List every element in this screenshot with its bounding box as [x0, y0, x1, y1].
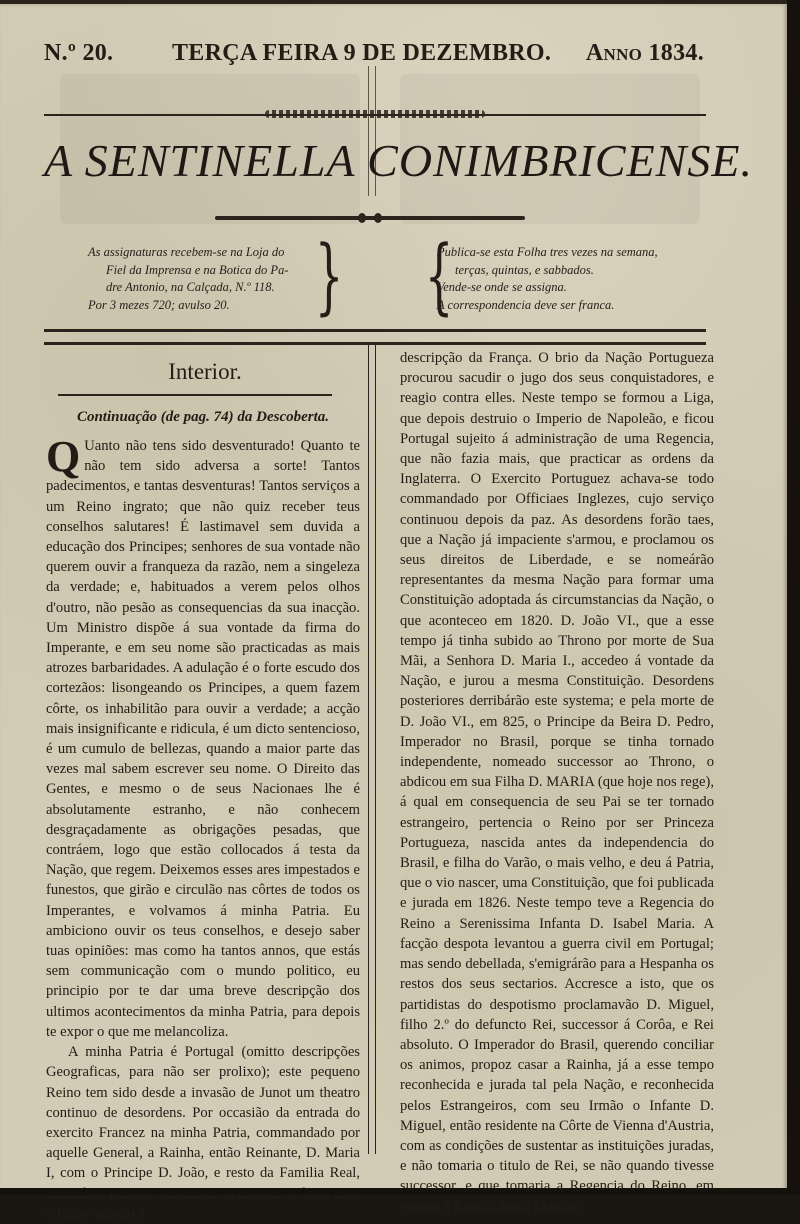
article-paragraph: A minha Patria é Portugal (omitto descri… [46, 1042, 360, 1195]
publication-box: Publica-se esta Folha tres vezes na sema… [437, 244, 687, 314]
ornament-icon [265, 110, 485, 118]
scan-border-right [787, 0, 800, 1195]
publication-line: terças, quintas, e sabbados. [437, 262, 687, 280]
subscription-line: Fiel da Imprensa e na Botica do Pa- [88, 262, 308, 280]
publication-line: A correspondencia deve ser franca. [437, 297, 687, 315]
newspaper-title: A SENTINELLA CONIMBRICENSE. [44, 134, 706, 187]
newspaper-page: N.º 20. TERÇA FEIRA 9 DE DEZEMBRO. Anno … [0, 0, 787, 1194]
ornamental-divider [215, 216, 525, 220]
right-brace-icon: } [315, 236, 344, 318]
section-heading: Interior. [70, 359, 340, 385]
publication-line: Vende-se onde se assigna. [437, 279, 687, 297]
right-column: descripção da França. O brio da Nação Po… [400, 348, 714, 1195]
issue-date: TERÇA FEIRA 9 DE DEZEMBRO. [172, 40, 551, 67]
publication-line: Publica-se esta Folha tres vezes na sema… [437, 244, 687, 262]
ornament-knob-icon [358, 213, 366, 223]
subscription-line: Por 3 mezes 720; avulso 20. [88, 297, 308, 315]
drop-cap: Q [46, 438, 80, 476]
subscription-box: As assignaturas recebem-se na Loja do Fi… [88, 244, 308, 314]
article-paragraph: QUanto não tens sido desventurado! Quant… [46, 436, 360, 1042]
ornament-knob-icon [374, 213, 382, 223]
subscription-line: As assignaturas recebem-se na Loja do [88, 244, 308, 262]
masthead-double-rule [44, 329, 706, 345]
subscription-line: dre Antonio, na Calçada, N.º 118. [88, 279, 308, 297]
paragraph-text: Uanto não tens sido desventurado! Quanto… [46, 438, 360, 1040]
scan-border-bottom [0, 1188, 800, 1195]
ornamental-rule [44, 112, 706, 118]
issue-year: Anno 1834. [586, 40, 704, 67]
column-rule [368, 344, 376, 1154]
section-rule [58, 394, 332, 396]
article-subheading: Continuação (de pag. 74) da Descoberta. [46, 409, 360, 426]
issue-number: N.º 20. [44, 40, 113, 67]
left-column: QUanto não tens sido desventurado! Quant… [46, 436, 360, 1195]
article-paragraph: descripção da França. O brio da Nação Po… [400, 348, 714, 1195]
